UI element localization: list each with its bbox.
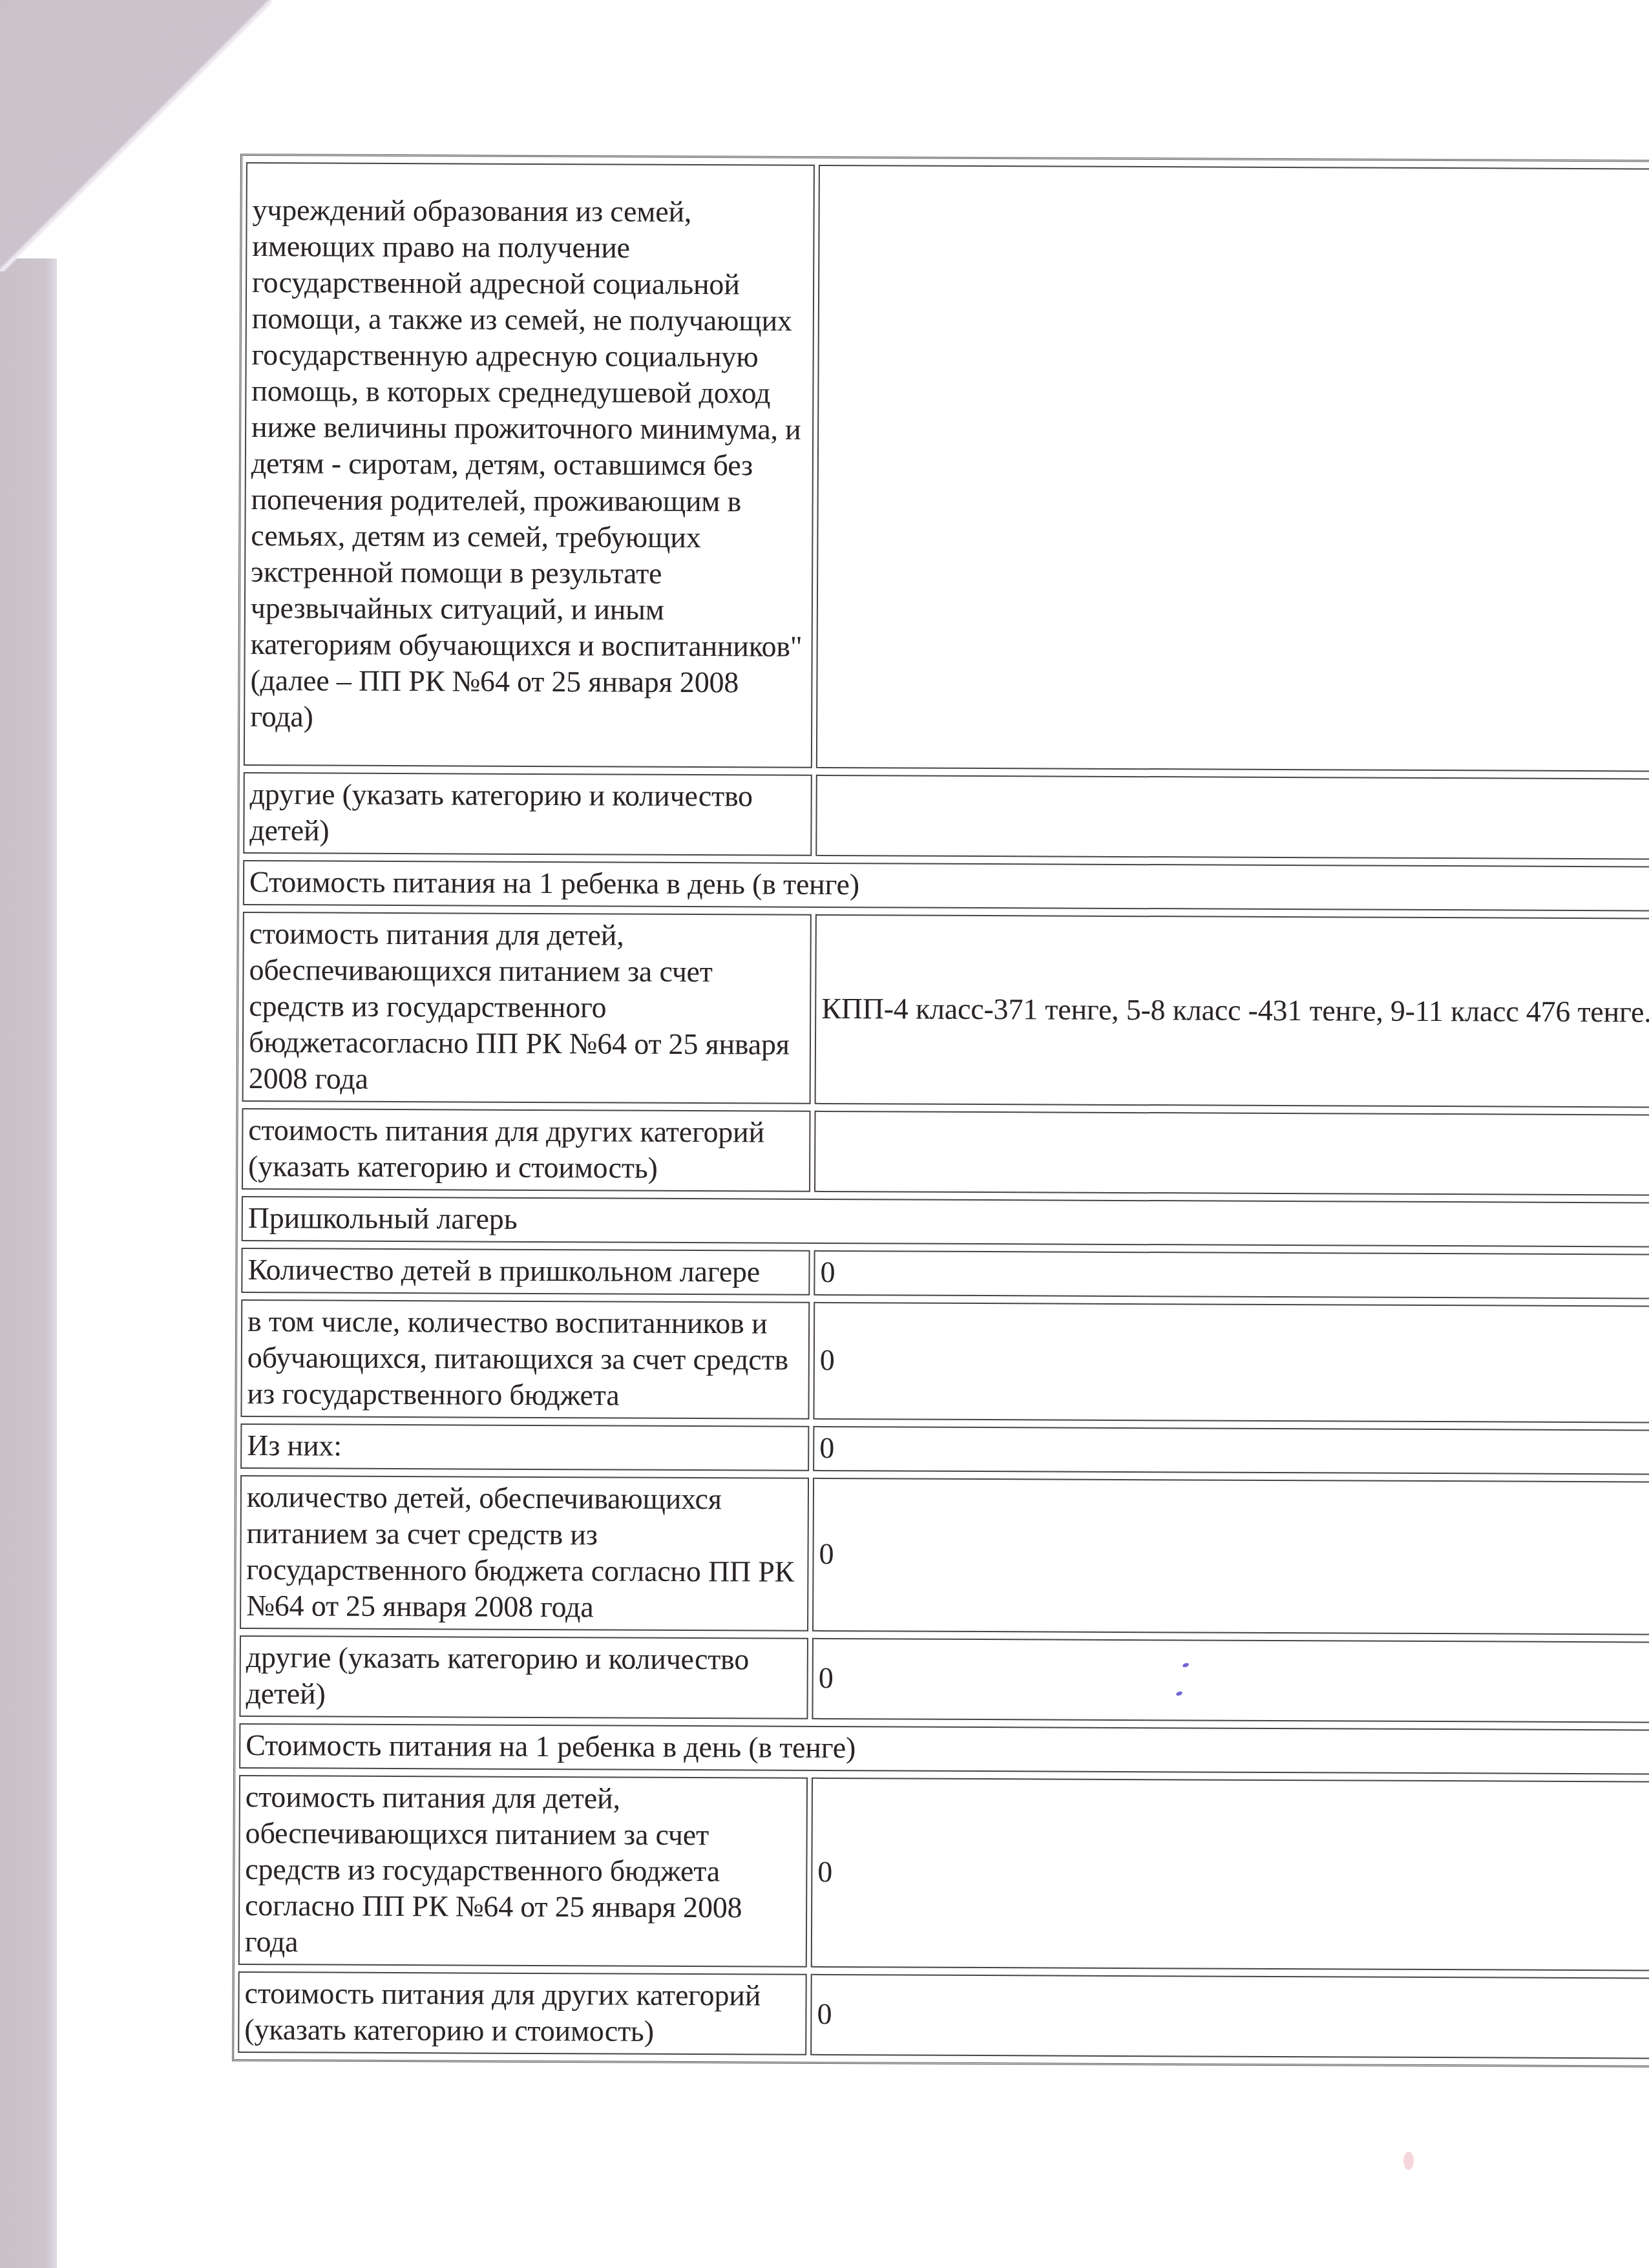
row-value: 0 [811,1778,1649,1971]
row-value: 0 [810,1974,1649,2059]
table-row: стоимость питания для детей, обеспечиваю… [242,912,1649,1108]
row-label: в том числе, количество воспитанников и … [240,1299,810,1420]
section-header-school-camp: Пришкольный лагерь [242,1196,1649,1248]
row-value: 0 [813,1302,1649,1423]
row-value: 0 [812,1478,1649,1635]
scan-shadow-strip [0,258,57,2268]
row-label: учреждений образования из семей, имеющих… [244,162,815,768]
table-row: Количество детей в пришкольном лагере 0 [241,1248,1649,1299]
section-header-meal-cost: Стоимость питания на 1 ребенка в день (в… [243,860,1649,912]
nutrition-info-table: учреждений образования из семей, имеющих… [232,154,1649,2068]
section-header-row: Стоимость питания на 1 ребенка в день (в… [239,1723,1649,1775]
table-row: количество детей, обеспечивающихся питан… [240,1475,1649,1635]
row-value: КПП-4 класс-371 тенге, 5-8 класс -431 те… [815,914,1649,1108]
document-page: учреждений образования из семей, имеющих… [236,154,1649,2068]
table-row: стоимость питания для детей, обеспечиваю… [238,1775,1649,1971]
section-header-row: Стоимость питания на 1 ребенка в день (в… [243,860,1649,912]
table-row: учреждений образования из семей, имеющих… [244,162,1649,772]
row-value: 0 [814,1250,1649,1299]
row-label: другие (указать категорию и количество д… [239,1635,808,1719]
row-label: другие (указать категорию и количество д… [243,772,812,856]
row-value [814,1111,1649,1196]
row-value [815,775,1649,860]
scan-folded-corner [0,0,271,271]
row-label: стоимость питания для детей, обеспечиваю… [238,1775,808,1968]
table-row: в том числе, количество воспитанников и … [240,1299,1649,1423]
row-label: Из них: [240,1423,809,1471]
row-value: 0 [812,1638,1649,1723]
scan-speck [1403,2152,1414,2170]
section-header-meal-cost-camp: Стоимость питания на 1 ребенка в день (в… [239,1723,1649,1775]
row-value [816,165,1649,772]
table-row: стоимость питания для других категорий (… [242,1108,1649,1196]
row-label: стоимость питания для других категорий (… [238,1971,807,2055]
row-value: 0 [813,1426,1649,1475]
table-row: другие (указать категорию и количество д… [243,772,1649,860]
section-header-row: Пришкольный лагерь [242,1196,1649,1248]
table-row: стоимость питания для других категорий (… [238,1971,1649,2059]
row-label: количество детей, обеспечивающихся питан… [240,1475,809,1632]
row-label: стоимость питания для детей, обеспечиваю… [242,912,812,1104]
row-label: стоимость питания для других категорий (… [242,1108,811,1192]
table-row: другие (указать категорию и количество д… [239,1635,1649,1723]
row-label: Количество детей в пришкольном лагере [241,1248,810,1296]
table-row: Из них: 0 [240,1423,1649,1475]
